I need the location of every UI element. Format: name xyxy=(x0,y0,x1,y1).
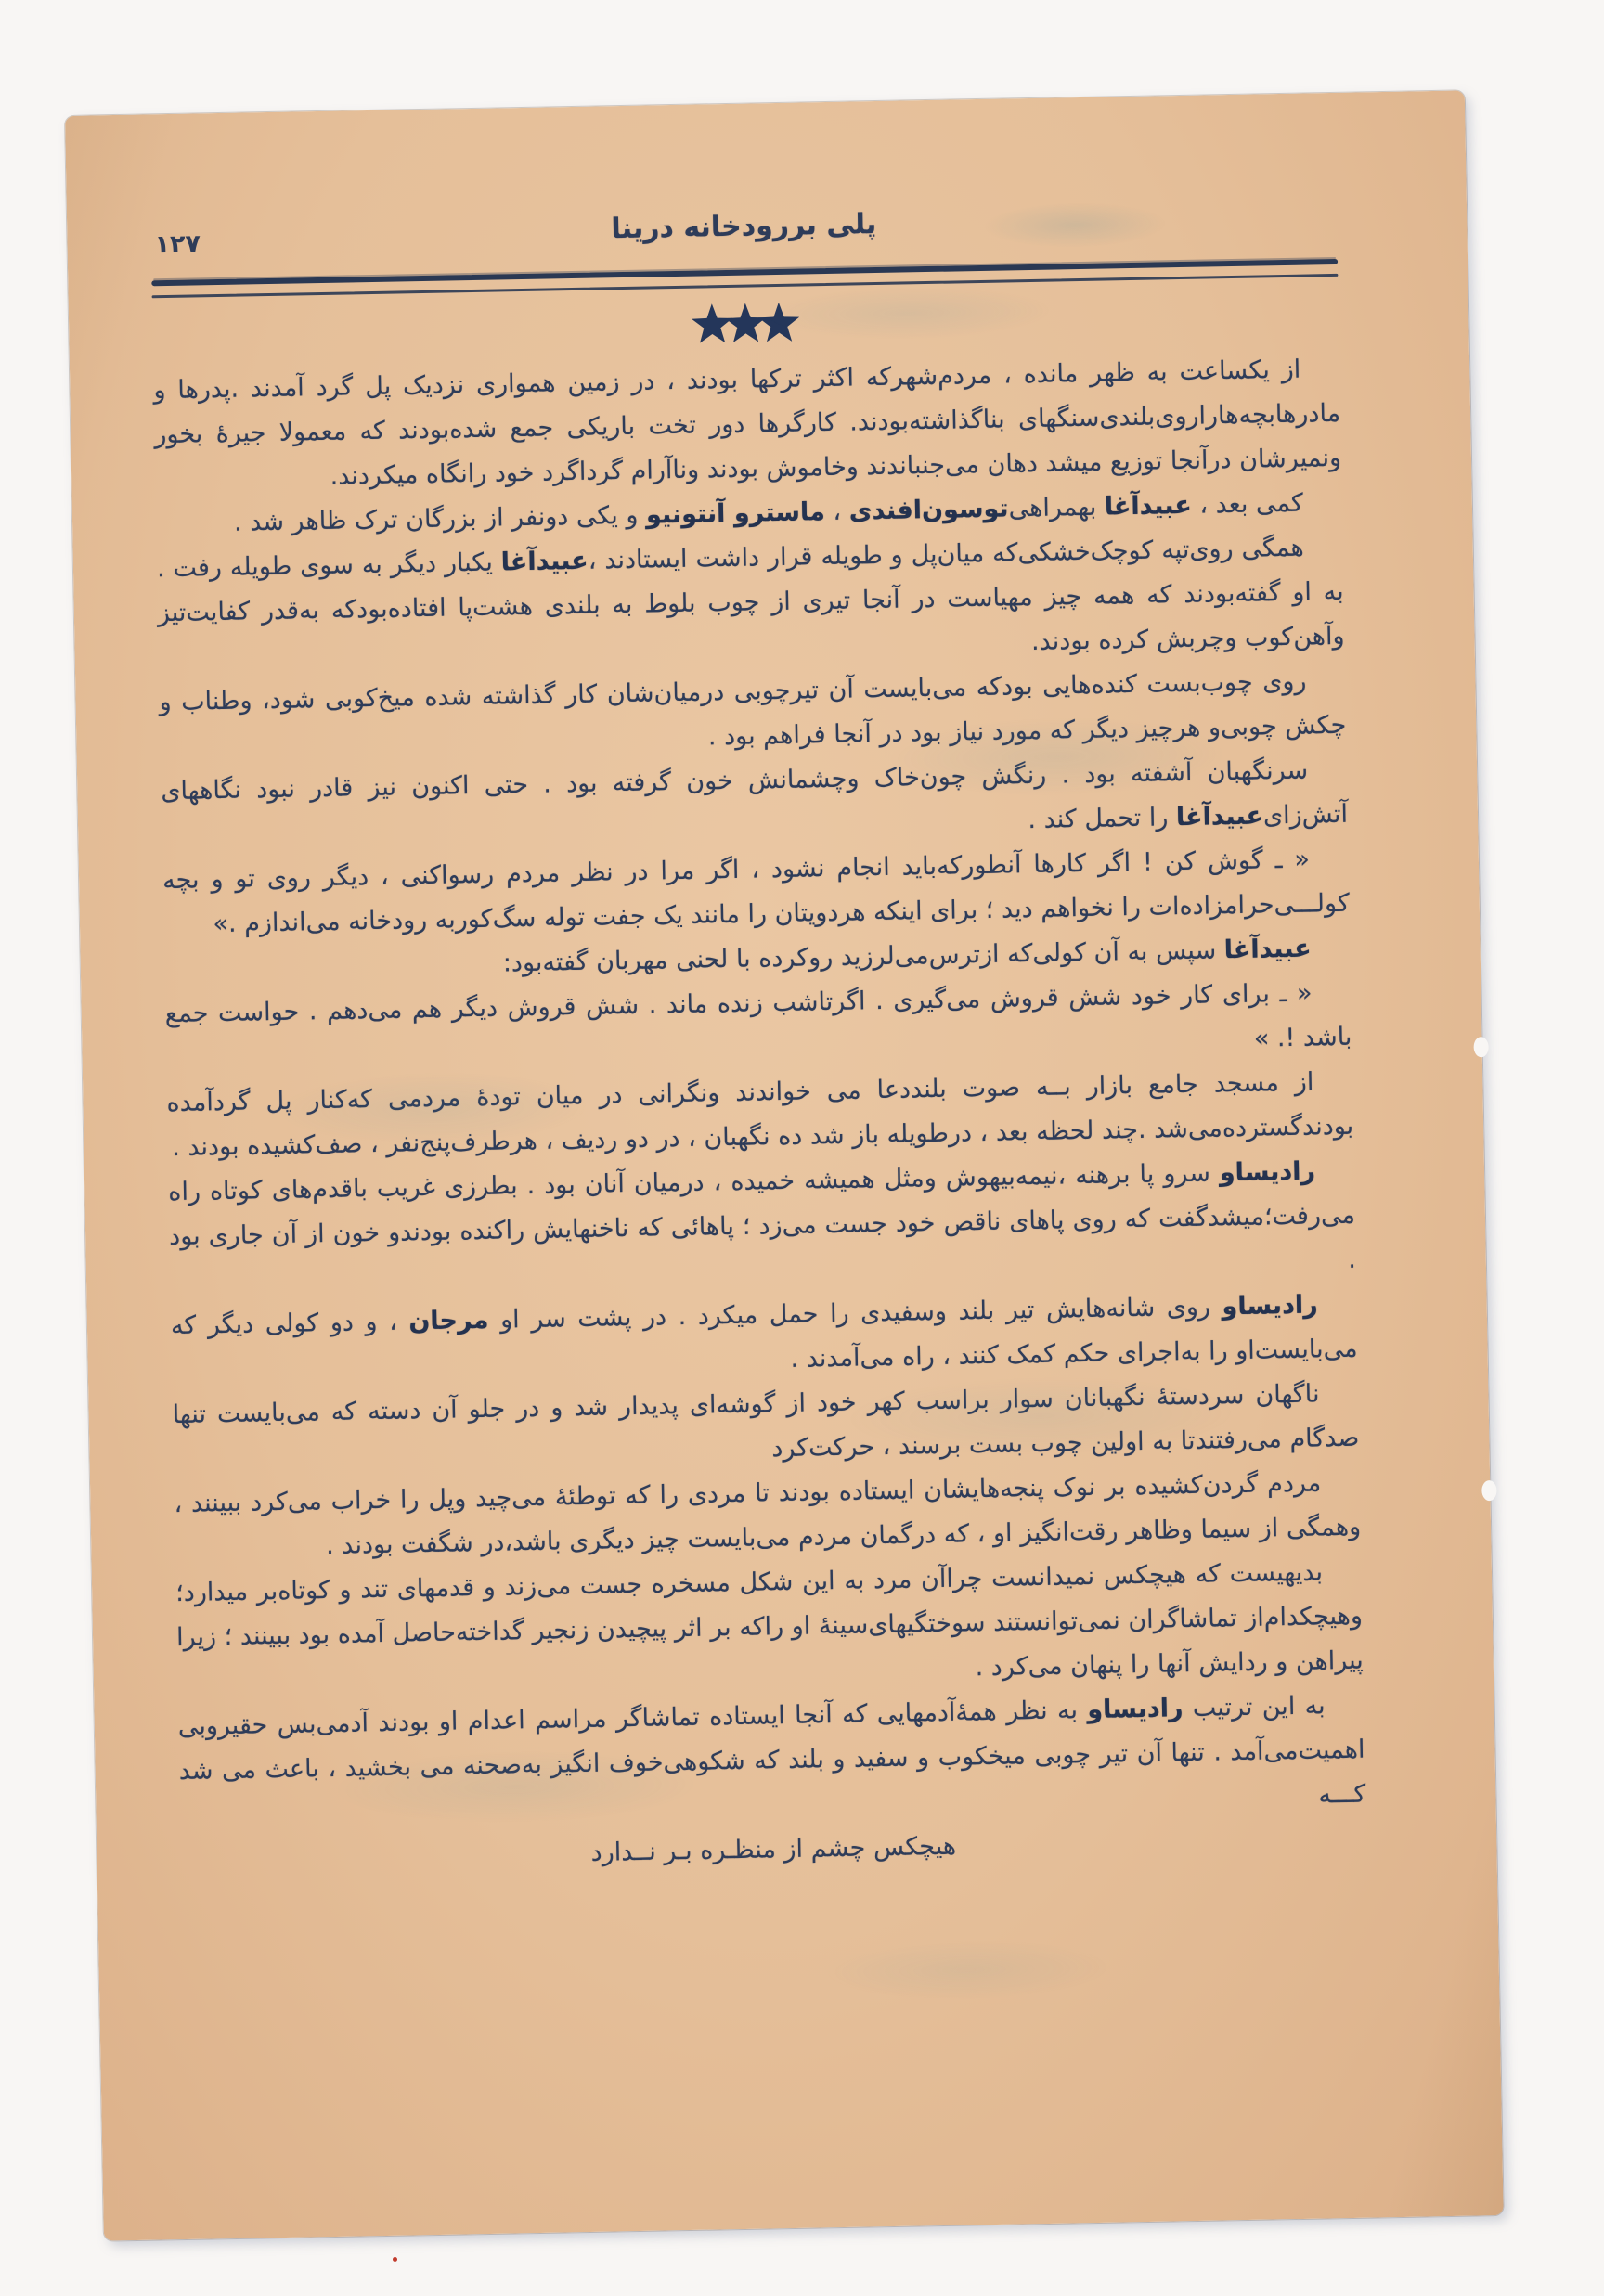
paragraph: رادیساو سرو پا برهنه ،نیمه‌بیهوش ومثل هم… xyxy=(168,1149,1356,1304)
star-icon xyxy=(757,302,801,345)
scanned-page: ۱۲۷ پلی بررودخانه درینا از یکساعت به ظهر… xyxy=(65,90,1504,2240)
page-number: ۱۲۷ xyxy=(154,229,200,259)
page-content: ۱۲۷ پلی بررودخانه درینا از یکساعت به ظهر… xyxy=(65,90,1504,2240)
page-edge-notch xyxy=(1481,1480,1496,1501)
paragraph: به این ترتیب رادیساو به نظر همهٔ‌آدمهایی… xyxy=(177,1683,1365,1838)
paragraph: بدیهیست که هیچکس نمیدانست چراآن مرد به ا… xyxy=(175,1550,1364,1705)
stars-ornament xyxy=(152,291,1339,355)
page-title: پلی بررودخانه درینا xyxy=(150,200,1337,253)
page-header: ۱۲۷ پلی بررودخانه درینا xyxy=(150,200,1338,269)
body-text: از یکساعت به ظهر مانده ، مردم‌شهرکه اکثر… xyxy=(153,347,1367,1883)
paragraph: از یکساعت به ظهر مانده ، مردم‌شهرکه اکثر… xyxy=(153,347,1341,502)
paragraph: همگی روی‌تپه کوچک‌خشکی‌که میان‌پل و طویل… xyxy=(157,525,1345,680)
scan-speck xyxy=(393,2257,397,2262)
page-edge-notch xyxy=(1473,1037,1488,1057)
